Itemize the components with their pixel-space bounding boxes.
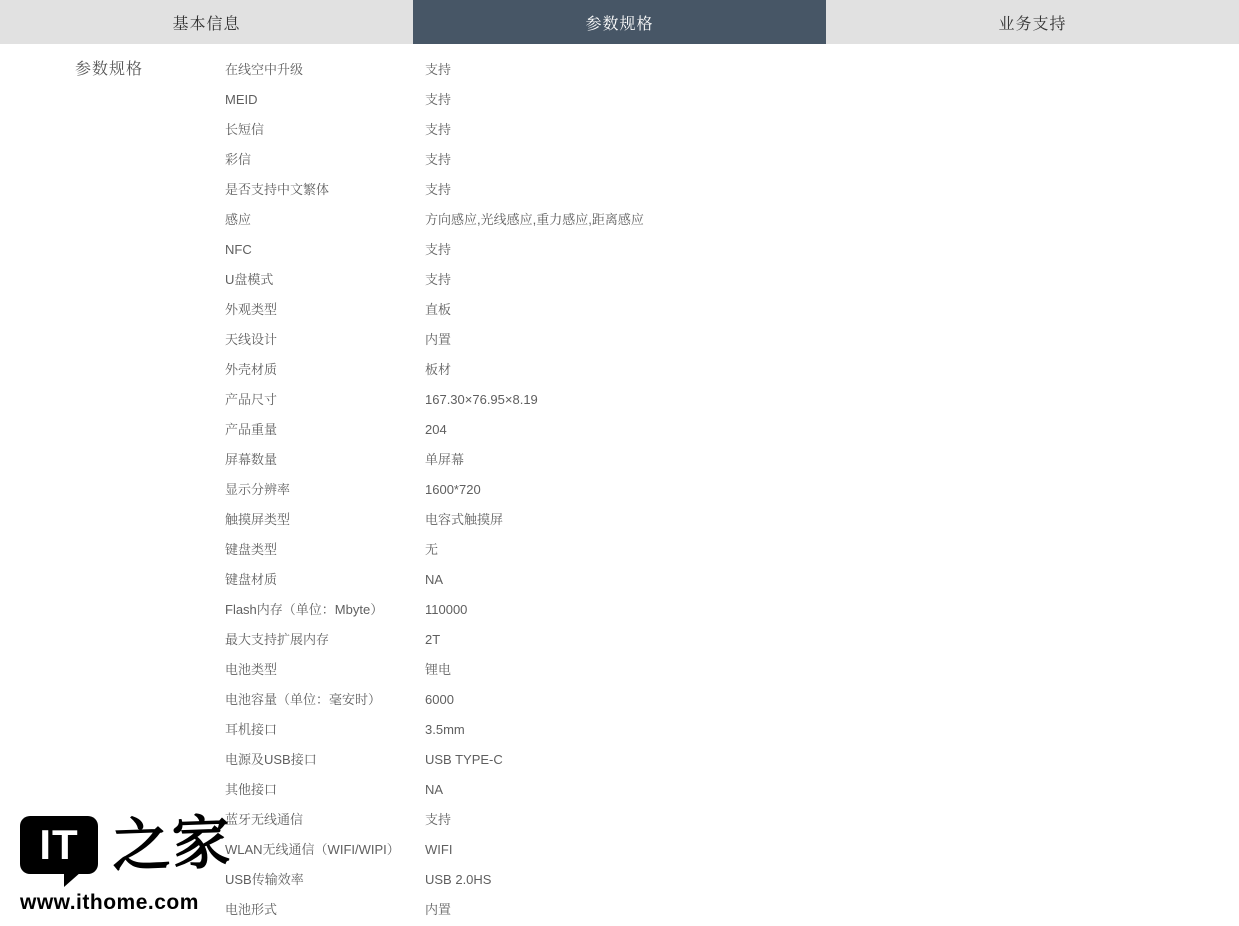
spec-value: 无 bbox=[425, 535, 438, 565]
spec-label: 彩信 bbox=[225, 145, 251, 175]
spec-value: USB 2.0HS bbox=[425, 865, 491, 895]
spec-label: 耳机接口 bbox=[225, 715, 277, 745]
spec-value: 1600*720 bbox=[425, 475, 481, 505]
spec-value: 板材 bbox=[425, 355, 451, 385]
spec-row: 长短信支持 bbox=[0, 115, 1239, 145]
spec-label: 电池容量（单位：毫安时） bbox=[225, 685, 381, 715]
spec-value: 支持 bbox=[425, 265, 451, 295]
spec-label: U盘模式 bbox=[225, 265, 273, 295]
spec-row: 其他接口NA bbox=[0, 775, 1239, 805]
spec-label: WLAN无线通信（WIFI/WIPI） bbox=[225, 835, 400, 865]
spec-label: 其他接口 bbox=[225, 775, 277, 805]
spec-label: 外观类型 bbox=[225, 295, 277, 325]
spec-value: 支持 bbox=[425, 805, 451, 835]
ithome-speech-bubble-icon: IT bbox=[20, 816, 98, 874]
spec-row: 触摸屏类型电容式触摸屏 bbox=[0, 505, 1239, 535]
spec-value: 6000 bbox=[425, 685, 454, 715]
spec-label: 产品重量 bbox=[225, 415, 277, 445]
spec-value: 支持 bbox=[425, 235, 451, 265]
spec-label: 电池类型 bbox=[225, 655, 277, 685]
spec-page: 基本信息 参数规格 业务支持 参数规格 在线空中升级支持MEID支持长短信支持彩… bbox=[0, 0, 1239, 926]
spec-value: 2T bbox=[425, 625, 440, 655]
spec-row: 外壳材质板材 bbox=[0, 355, 1239, 385]
spec-row: U盘模式支持 bbox=[0, 265, 1239, 295]
spec-row: 耳机接口3.5mm bbox=[0, 715, 1239, 745]
spec-label: 键盘材质 bbox=[225, 565, 277, 595]
spec-value: 3.5mm bbox=[425, 715, 465, 745]
spec-row: 键盘材质NA bbox=[0, 565, 1239, 595]
spec-row: 屏幕数量单屏幕 bbox=[0, 445, 1239, 475]
spec-label: 天线设计 bbox=[225, 325, 277, 355]
spec-value: 支持 bbox=[425, 175, 451, 205]
spec-label: 电源及USB接口 bbox=[225, 745, 317, 775]
tab-business-support[interactable]: 业务支持 bbox=[826, 0, 1239, 44]
ithome-logo: IT 之家 www.ithome.com bbox=[20, 810, 232, 915]
spec-row: 彩信支持 bbox=[0, 145, 1239, 175]
spec-label: 感应 bbox=[225, 205, 251, 235]
spec-label: NFC bbox=[225, 235, 252, 265]
spec-value: WIFI bbox=[425, 835, 452, 865]
spec-value: 单屏幕 bbox=[425, 445, 464, 475]
spec-label: Flash内存（单位：Mbyte） bbox=[225, 595, 383, 625]
spec-row: 产品重量204 bbox=[0, 415, 1239, 445]
spec-row: 在线空中升级支持 bbox=[0, 55, 1239, 85]
spec-value: 内置 bbox=[425, 895, 451, 925]
spec-value: 204 bbox=[425, 415, 447, 445]
ithome-logo-url: www.ithome.com bbox=[20, 891, 232, 915]
spec-table: 在线空中升级支持MEID支持长短信支持彩信支持是否支持中文繁体支持感应方向感应,… bbox=[0, 55, 1239, 925]
spec-value: NA bbox=[425, 565, 443, 595]
spec-row: MEID支持 bbox=[0, 85, 1239, 115]
tab-basic-info[interactable]: 基本信息 bbox=[0, 0, 413, 44]
spec-label: 显示分辨率 bbox=[225, 475, 290, 505]
spec-value: USB TYPE-C bbox=[425, 745, 503, 775]
spec-value: 锂电 bbox=[425, 655, 451, 685]
spec-row: 天线设计内置 bbox=[0, 325, 1239, 355]
spec-value: 内置 bbox=[425, 325, 451, 355]
spec-value: 167.30×76.95×8.19 bbox=[425, 385, 538, 415]
spec-label: 屏幕数量 bbox=[225, 445, 277, 475]
spec-row: 电池类型锂电 bbox=[0, 655, 1239, 685]
spec-value: 支持 bbox=[425, 145, 451, 175]
spec-label: 产品尺寸 bbox=[225, 385, 277, 415]
spec-value: 110000 bbox=[425, 595, 467, 625]
spec-value: 方向感应,光线感应,重力感应,距离感应 bbox=[425, 205, 644, 235]
spec-label: 键盘类型 bbox=[225, 535, 277, 565]
ithome-logo-zhijia-text: 之家 bbox=[111, 808, 233, 880]
ithome-logo-mark: IT 之家 bbox=[20, 810, 232, 878]
spec-row: 显示分辨率1600*720 bbox=[0, 475, 1239, 505]
spec-row: 电源及USB接口USB TYPE-C bbox=[0, 745, 1239, 775]
spec-label: 最大支持扩展内存 bbox=[225, 625, 329, 655]
spec-row: NFC支持 bbox=[0, 235, 1239, 265]
tab-bar: 基本信息 参数规格 业务支持 bbox=[0, 0, 1239, 44]
spec-label: 触摸屏类型 bbox=[225, 505, 290, 535]
spec-row: 是否支持中文繁体支持 bbox=[0, 175, 1239, 205]
spec-value: 支持 bbox=[425, 115, 451, 145]
spec-label: 是否支持中文繁体 bbox=[225, 175, 329, 205]
spec-row: 外观类型直板 bbox=[0, 295, 1239, 325]
spec-row: 电池容量（单位：毫安时）6000 bbox=[0, 685, 1239, 715]
spec-value: 支持 bbox=[425, 85, 451, 115]
spec-row: 最大支持扩展内存2T bbox=[0, 625, 1239, 655]
spec-label: 外壳材质 bbox=[225, 355, 277, 385]
spec-row: 感应方向感应,光线感应,重力感应,距离感应 bbox=[0, 205, 1239, 235]
spec-label: 蓝牙无线通信 bbox=[225, 805, 303, 835]
spec-value: 电容式触摸屏 bbox=[425, 505, 503, 535]
tab-specifications[interactable]: 参数规格 bbox=[413, 0, 826, 44]
spec-label: USB传输效率 bbox=[225, 865, 304, 895]
spec-value: NA bbox=[425, 775, 443, 805]
ithome-logo-it-text: IT bbox=[39, 821, 78, 869]
spec-label: 电池形式 bbox=[225, 895, 277, 925]
spec-value: 支持 bbox=[425, 55, 451, 85]
spec-row: 键盘类型无 bbox=[0, 535, 1239, 565]
spec-row: Flash内存（单位：Mbyte）110000 bbox=[0, 595, 1239, 625]
spec-label: 长短信 bbox=[225, 115, 264, 145]
spec-label: MEID bbox=[225, 85, 258, 115]
spec-row: 产品尺寸167.30×76.95×8.19 bbox=[0, 385, 1239, 415]
spec-value: 直板 bbox=[425, 295, 451, 325]
spec-label: 在线空中升级 bbox=[225, 55, 303, 85]
